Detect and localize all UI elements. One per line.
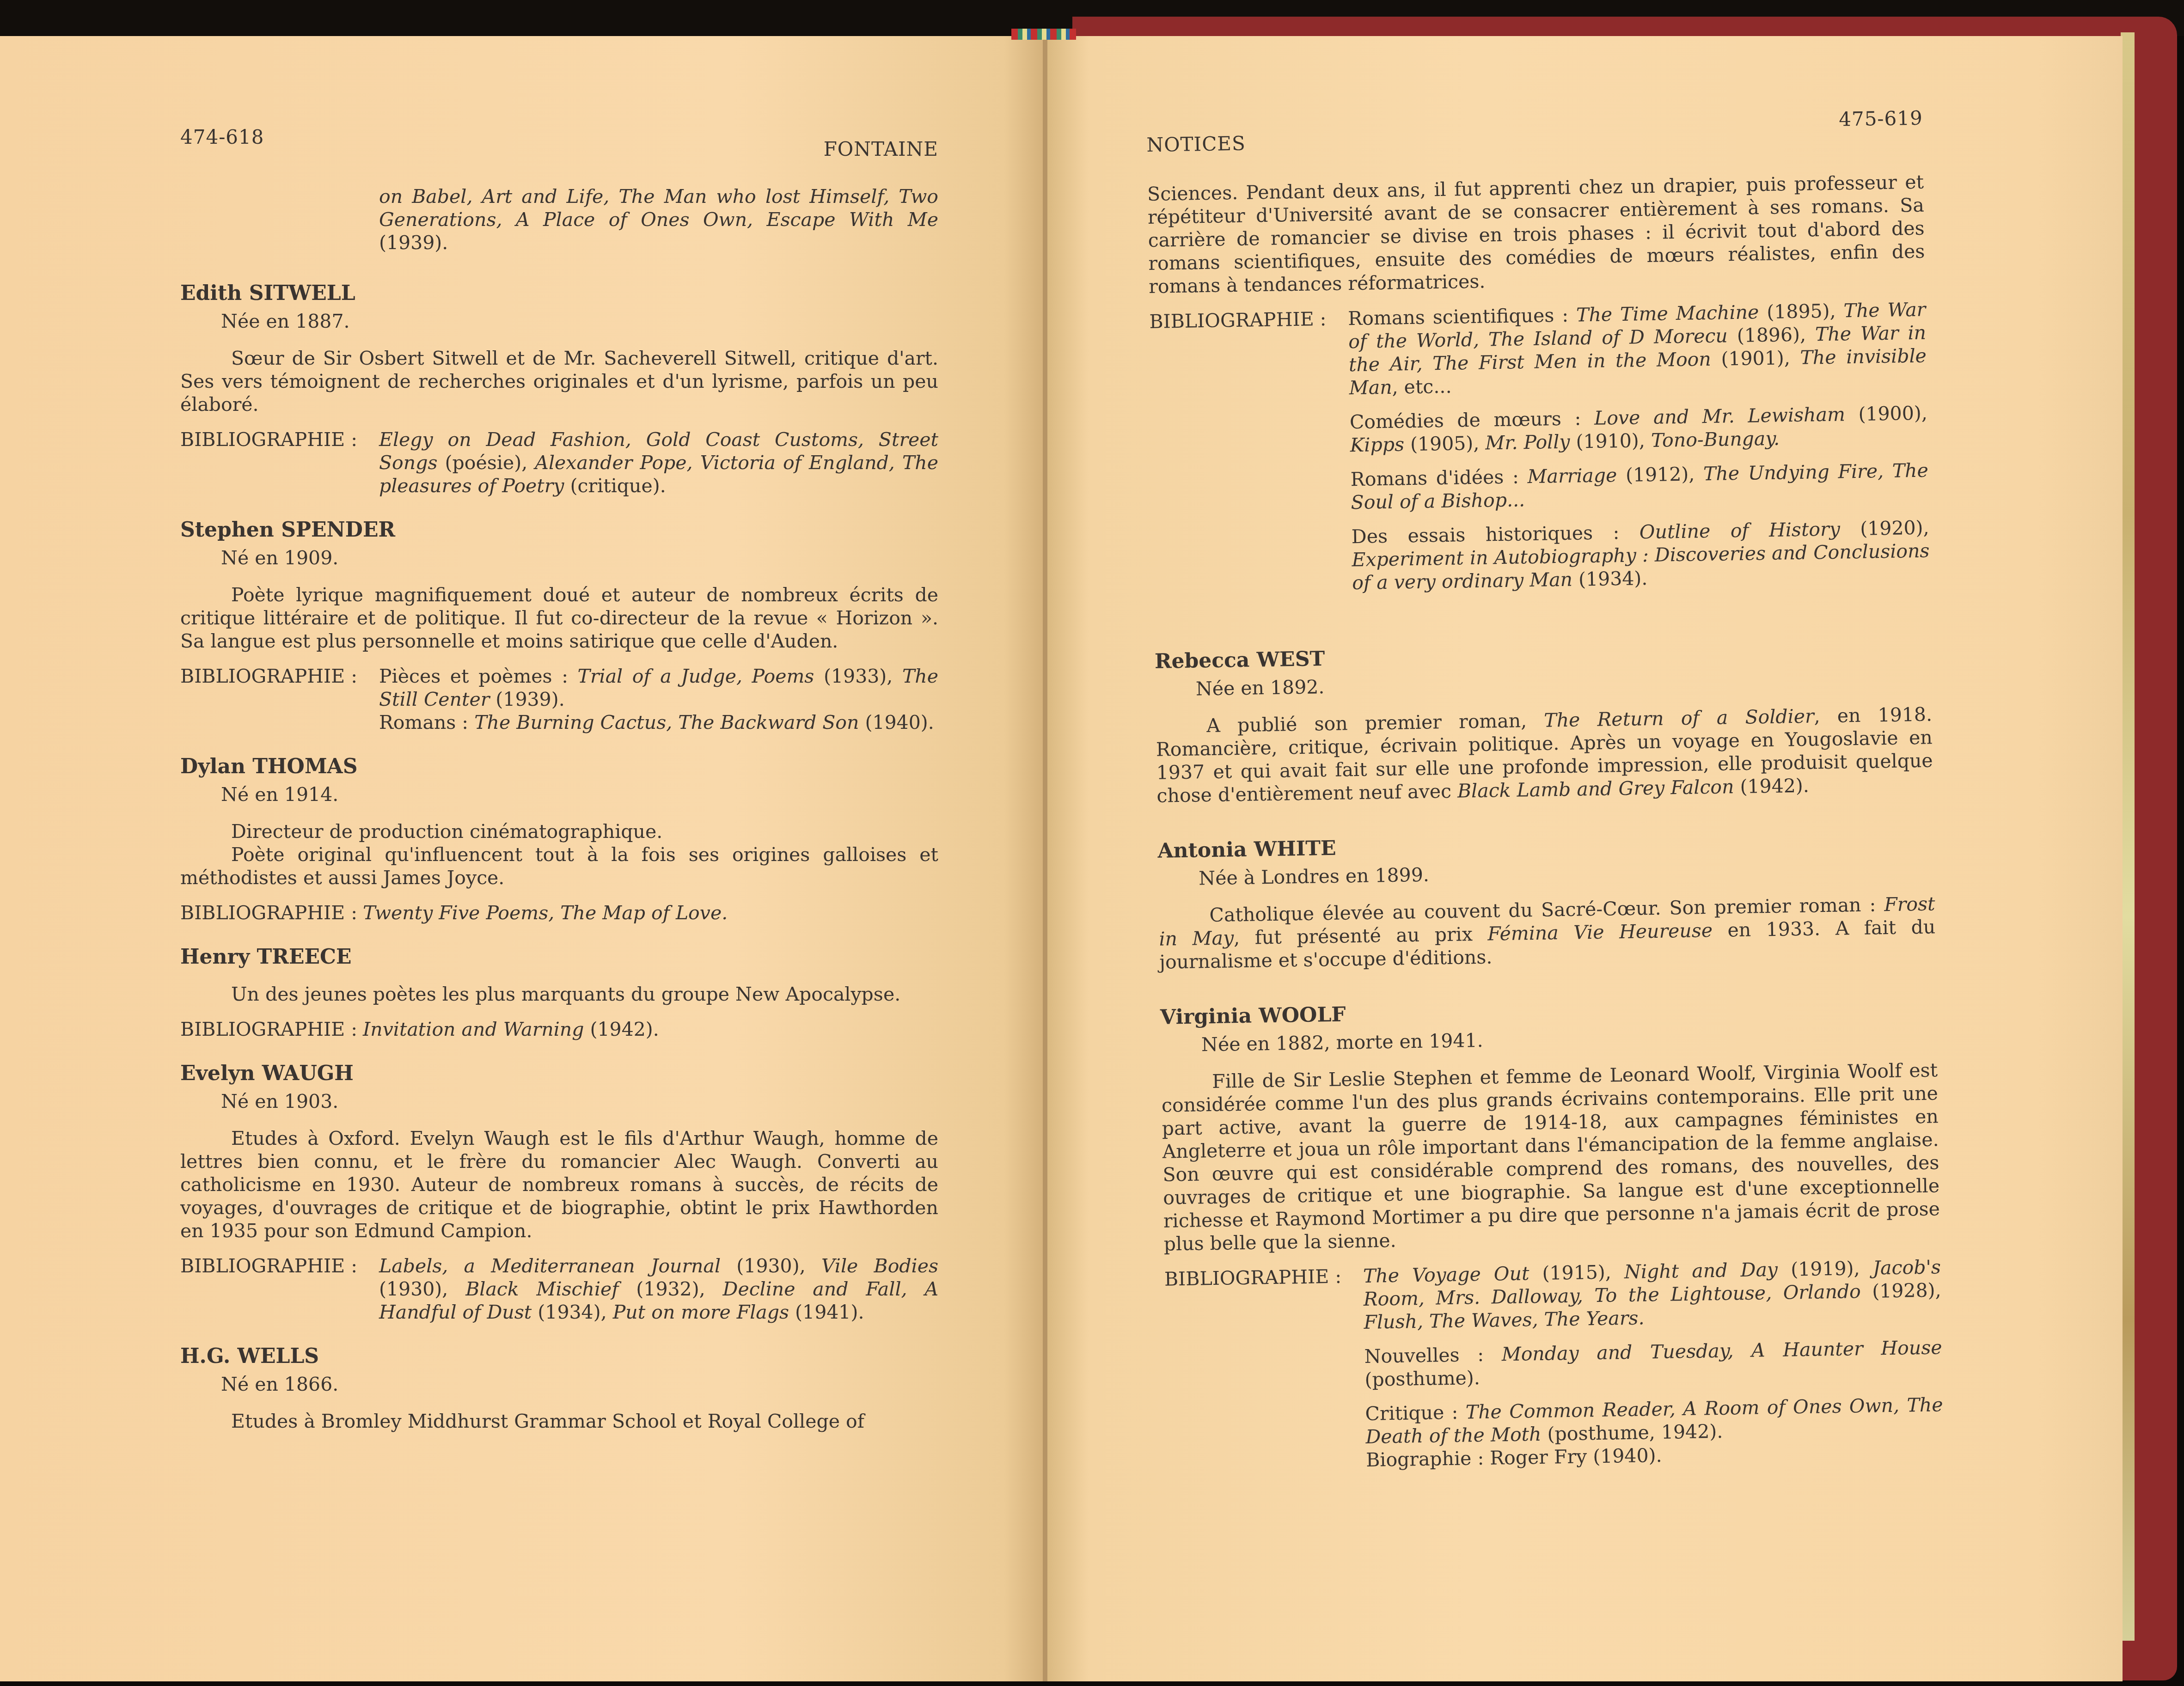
bibliography-label: BIBLIOGRAPHIE : <box>180 901 357 924</box>
biography-paragraph: Etudes à Oxford. Evelyn Waugh est le fil… <box>180 1127 938 1242</box>
biblio-group: Des essais historiques : Outline of Hist… <box>1351 516 1930 595</box>
running-title: FONTAINE <box>824 138 938 161</box>
biblio-group: Critique : The Common Reader, A Room of … <box>1365 1393 1943 1448</box>
bibliography-body: Labels, a Mediterranean Journal (1930), … <box>379 1254 938 1324</box>
marbled-endpaper <box>2121 32 2135 1641</box>
author-name: Dylan THOMAS <box>180 755 938 778</box>
left-page-content: 474-618 FONTAINE on Babel, Art and Life,… <box>180 134 938 1445</box>
bibliography-label: BIBLIOGRAPHIE : <box>1164 1264 1366 1486</box>
entry-white: Antonia WHITE Née à Londres en 1899. Cat… <box>1157 827 1936 973</box>
bibliography-body: Elegy on Dead Fashion, Gold Coast Custom… <box>379 428 938 497</box>
bibliography: BIBLIOGRAPHIE : Twenty Five Poems, The M… <box>180 901 938 924</box>
author-name: Henry TREECE <box>180 946 938 969</box>
entry-spender: Stephen SPENDER Né en 1909. Poète lyriqu… <box>180 519 938 734</box>
bibliography-body: Twenty Five Poems, The Map of Love. <box>363 901 938 924</box>
biblio-group: Nouvelles : Monday and Tuesday, A Haunte… <box>1364 1336 1942 1391</box>
biblio-group: The Voyage Out (1915), Night and Day (19… <box>1363 1255 1942 1334</box>
birth-info: Né en 1903. <box>180 1090 938 1113</box>
bibliography-body: Invitation and Warning (1942). <box>363 1018 938 1041</box>
biography-paragraph: Directeur de production cinématographiqu… <box>180 820 938 843</box>
bibliography: BIBLIOGRAPHIE : Pièces et poèmes : Trial… <box>180 665 938 734</box>
entry-thomas: Dylan THOMAS Né en 1914. Directeur de pr… <box>180 755 938 924</box>
wells-bibliography: BIBLIOGRAPHIE : Romans scientifiques : T… <box>1149 298 1930 609</box>
bibliography-label: BIBLIOGRAPHIE : <box>1149 307 1352 609</box>
author-name: Edith SITWELL <box>180 282 938 305</box>
continuation-text: on Babel, Art and Life, The Man who lost… <box>180 185 938 254</box>
biography-paragraph: Catholique élevée au couvent du Sacré-Cœ… <box>1158 892 1936 973</box>
book-gutter <box>1043 36 1047 1681</box>
biography-paragraph: Sœur de Sir Osbert Sitwell et de Mr. Sac… <box>180 347 938 416</box>
birth-info: Née en 1887. <box>180 310 938 333</box>
author-name: Evelyn WAUGH <box>180 1062 938 1085</box>
headband <box>1011 29 1076 40</box>
bibliography-label: BIBLIOGRAPHIE : <box>180 428 379 497</box>
entry-treece: Henry TREECE Un des jeunes poètes les pl… <box>180 946 938 1041</box>
bibliography: BIBLIOGRAPHIE : The Voyage Out (1915), N… <box>1164 1255 1944 1485</box>
bibliography: BIBLIOGRAPHIE : Labels, a Mediterranean … <box>180 1254 938 1324</box>
running-title: NOTICES <box>1146 132 1246 157</box>
entry-woolf: Virginia WOOLF Née en 1882, morte en 194… <box>1160 994 1944 1485</box>
continuation-text: Sciences. Pendant deux ans, il fut appre… <box>1147 171 1926 298</box>
bibliography-body: Romans scientifiques : The Time Machine … <box>1348 298 1930 606</box>
biography-paragraph: A publié son premier roman, The Return o… <box>1156 702 1933 807</box>
biography-paragraph: Poète original qu'influencent tout à la … <box>180 843 938 889</box>
running-head-left: 474-618 FONTAINE <box>180 134 938 166</box>
bibliography: BIBLIOGRAPHIE : Elegy on Dead Fashion, G… <box>180 428 938 497</box>
bibliography: BIBLIOGRAPHIE : Invitation and Warning (… <box>180 1018 938 1041</box>
entry-sitwell: Edith SITWELL Née en 1887. Sœur de Sir O… <box>180 282 938 497</box>
bibliography-label: BIBLIOGRAPHIE : <box>180 1018 357 1041</box>
biblio-group: Comédies de mœurs : Love and Mr. Lewisha… <box>1350 402 1928 457</box>
biography-paragraph: Un des jeunes poètes les plus marquants … <box>180 983 938 1006</box>
birth-info: Né en 1909. <box>180 546 938 569</box>
biblio-group: Romans d'idées : Marriage (1912), The Un… <box>1350 459 1928 514</box>
right-page-content: NOTICES 475-619 Sciences. Pendant deux a… <box>1146 120 1944 1486</box>
author-name: H.G. WELLS <box>180 1345 938 1368</box>
entry-wells: H.G. WELLS Né en 1866. Etudes à Bromley … <box>180 1345 938 1433</box>
biography-paragraph: Etudes à Bromley Middhurst Grammar Schoo… <box>180 1410 938 1433</box>
entry-waugh: Evelyn WAUGH Né en 1903. Etudes à Oxford… <box>180 1062 938 1324</box>
page-number: 474-618 <box>180 126 264 149</box>
biography-paragraph: Fille de Sir Leslie Stephen et femme de … <box>1161 1058 1940 1255</box>
page-number: 475-619 <box>1839 107 1923 131</box>
bibliography-body: Pièces et poèmes : Trial of a Judge, Poe… <box>379 665 938 734</box>
biography-paragraph: Poète lyrique magnifiquement doué et aut… <box>180 583 938 653</box>
birth-info: Né en 1914. <box>180 783 938 806</box>
author-name: Stephen SPENDER <box>180 519 938 542</box>
biblio-group: Romans scientifiques : The Time Machine … <box>1348 298 1927 400</box>
entry-west: Rebecca WEST Née en 1892. A publié son p… <box>1155 638 1933 807</box>
bibliography-label: BIBLIOGRAPHIE : <box>180 1254 379 1324</box>
bibliography-label: BIBLIOGRAPHIE : <box>180 665 379 734</box>
bibliography-body: The Voyage Out (1915), Night and Day (19… <box>1363 1255 1944 1483</box>
birth-info: Né en 1866. <box>180 1373 938 1396</box>
